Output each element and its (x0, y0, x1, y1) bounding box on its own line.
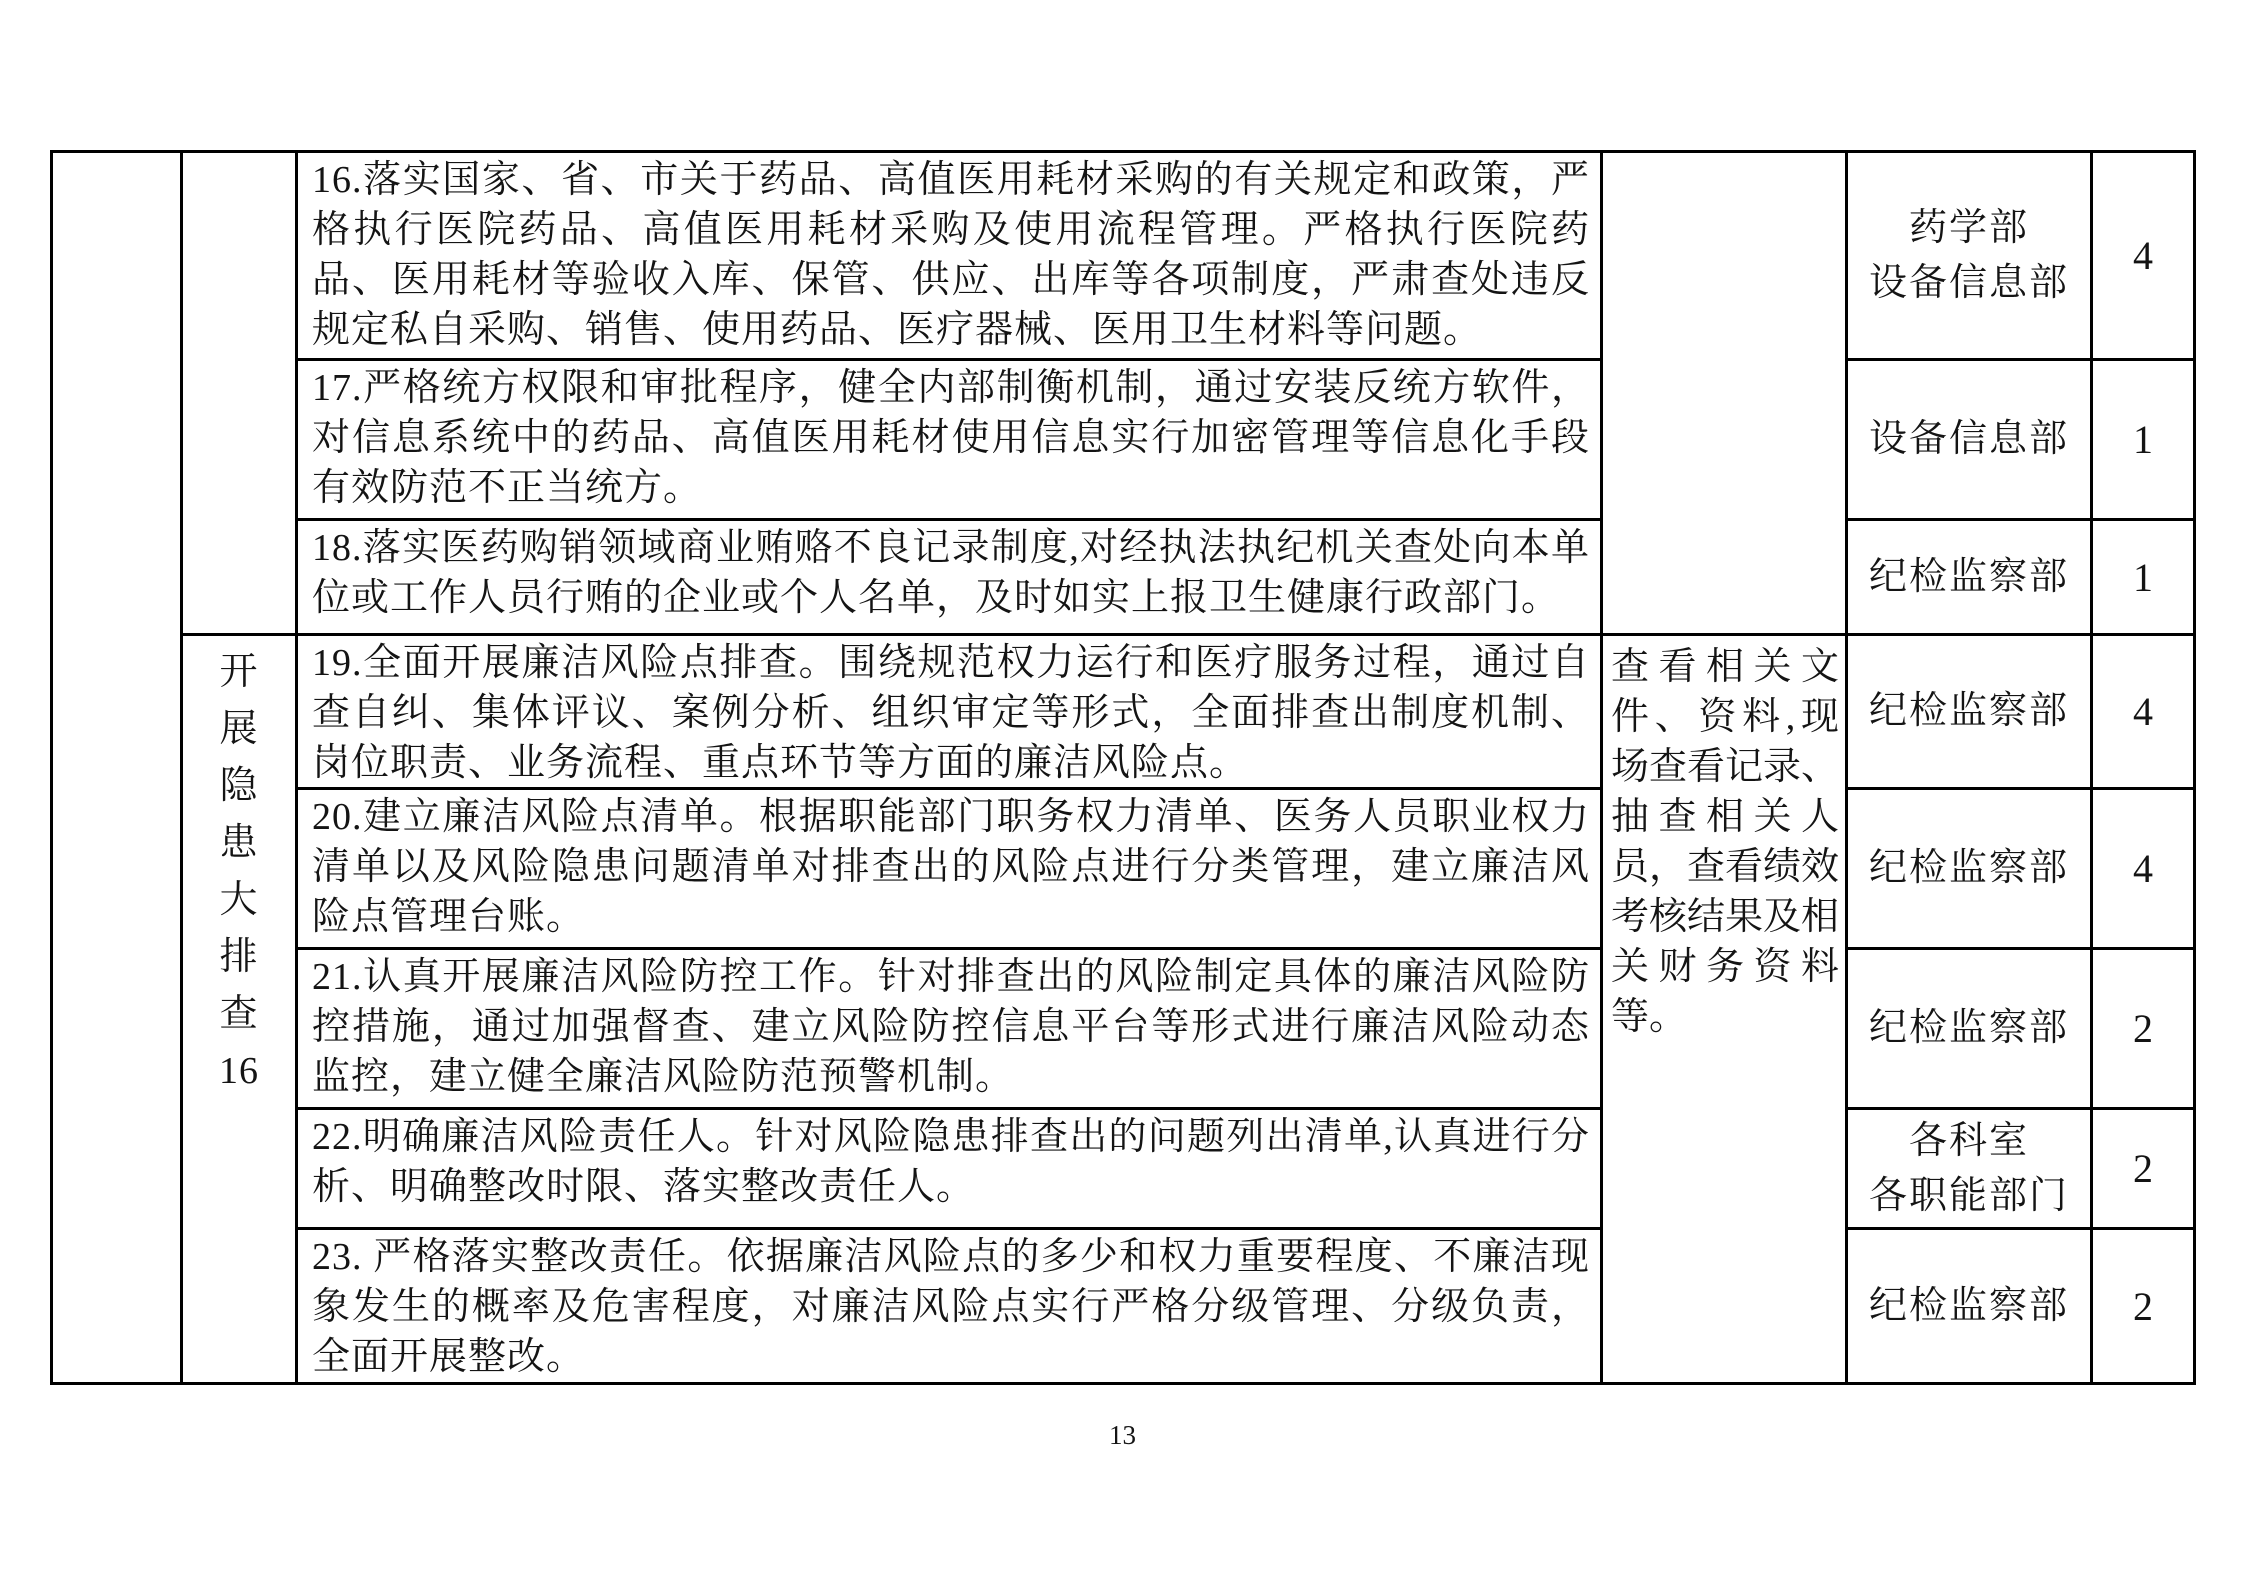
empty-left-column-cell (53, 153, 180, 1382)
item-17-score: 1 (2093, 361, 2193, 518)
item-21-score: 2 (2093, 950, 2193, 1107)
item-20-content: 20.建立廉洁风险点清单。根据职能部门职务权力清单、医务人员职业权力清单以及风险… (298, 790, 1600, 947)
item-17-content: 17.严格统方权限和审批程序，健全内部制衡机制，通过安装反统方软件，对信息系统中… (298, 361, 1600, 518)
item-23-content: 23. 严格落实整改责任。依据廉洁风险点的多少和权力重要程度、不廉洁现象发生的概… (298, 1230, 1600, 1382)
item-22-department: 各科室 各职能部门 (1848, 1110, 2090, 1227)
item-18-content: 18.落实医药购销领域商业贿赂不良记录制度,对经执法执纪机关查处向本单位或工作人… (298, 521, 1600, 633)
item-20-department: 纪检监察部 (1848, 790, 2090, 947)
item-19-department: 纪检监察部 (1848, 636, 2090, 787)
section-label: 开 展 隐 患 大 排 查 16 (183, 636, 295, 1382)
empty-method-cell (1603, 153, 1845, 633)
inspection-method: 查看相关文件、资料,现场查看记录、抽查相关人员，查看绩效考核结果及相关财务资料等… (1603, 636, 1845, 1382)
item-23-score: 2 (2093, 1230, 2193, 1382)
item-16-score: 4 (2093, 153, 2193, 358)
item-16-content: 16.落实国家、省、市关于药品、高值医用耗材采购的有关规定和政策，严格执行医院药… (298, 153, 1600, 358)
item-20-score: 4 (2093, 790, 2193, 947)
item-21-department: 纪检监察部 (1848, 950, 2090, 1107)
item-23-department: 纪检监察部 (1848, 1230, 2090, 1382)
item-18-score: 1 (2093, 521, 2193, 633)
page-number: 13 (0, 1420, 2245, 1451)
item-22-score: 2 (2093, 1110, 2193, 1227)
item-19-score: 4 (2093, 636, 2193, 787)
empty-section-cell (183, 153, 295, 633)
item-21-content: 21.认真开展廉洁风险防控工作。针对排查出的风险制定具体的廉洁风险防控措施，通过… (298, 950, 1600, 1107)
document-page: 开 展 隐 患 大 排 查 16 16.落实国家、省、市关于药品、高值医用耗材采… (0, 0, 2245, 1587)
item-22-content: 22.明确廉洁风险责任人。针对风险隐患排查出的问题列出清单,认真进行分析、明确整… (298, 1110, 1600, 1227)
item-17-department: 设备信息部 (1848, 361, 2090, 518)
item-16-department: 药学部 设备信息部 (1848, 153, 2090, 358)
assessment-table: 开 展 隐 患 大 排 查 16 16.落实国家、省、市关于药品、高值医用耗材采… (50, 150, 2196, 1385)
item-18-department: 纪检监察部 (1848, 521, 2090, 633)
item-19-content: 19.全面开展廉洁风险点排查。围绕规范权力运行和医疗服务过程，通过自查自纠、集体… (298, 636, 1600, 787)
